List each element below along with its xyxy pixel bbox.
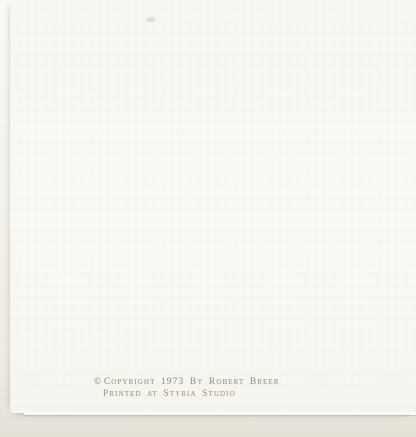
printer-line: Printed at Styria Studio	[103, 388, 280, 400]
copyright-line: © Copyright 1973 By Robert Breer	[94, 375, 280, 388]
colophon: © Copyright 1973 By Robert Breer Printed…	[94, 375, 280, 400]
copyright-symbol-icon: ©	[94, 375, 101, 387]
print-sheet: © Copyright 1973 By Robert Breer Printed…	[10, 0, 416, 413]
paper-speck	[146, 17, 155, 22]
copyright-text: Copyright 1973 By Robert Breer	[104, 376, 280, 388]
